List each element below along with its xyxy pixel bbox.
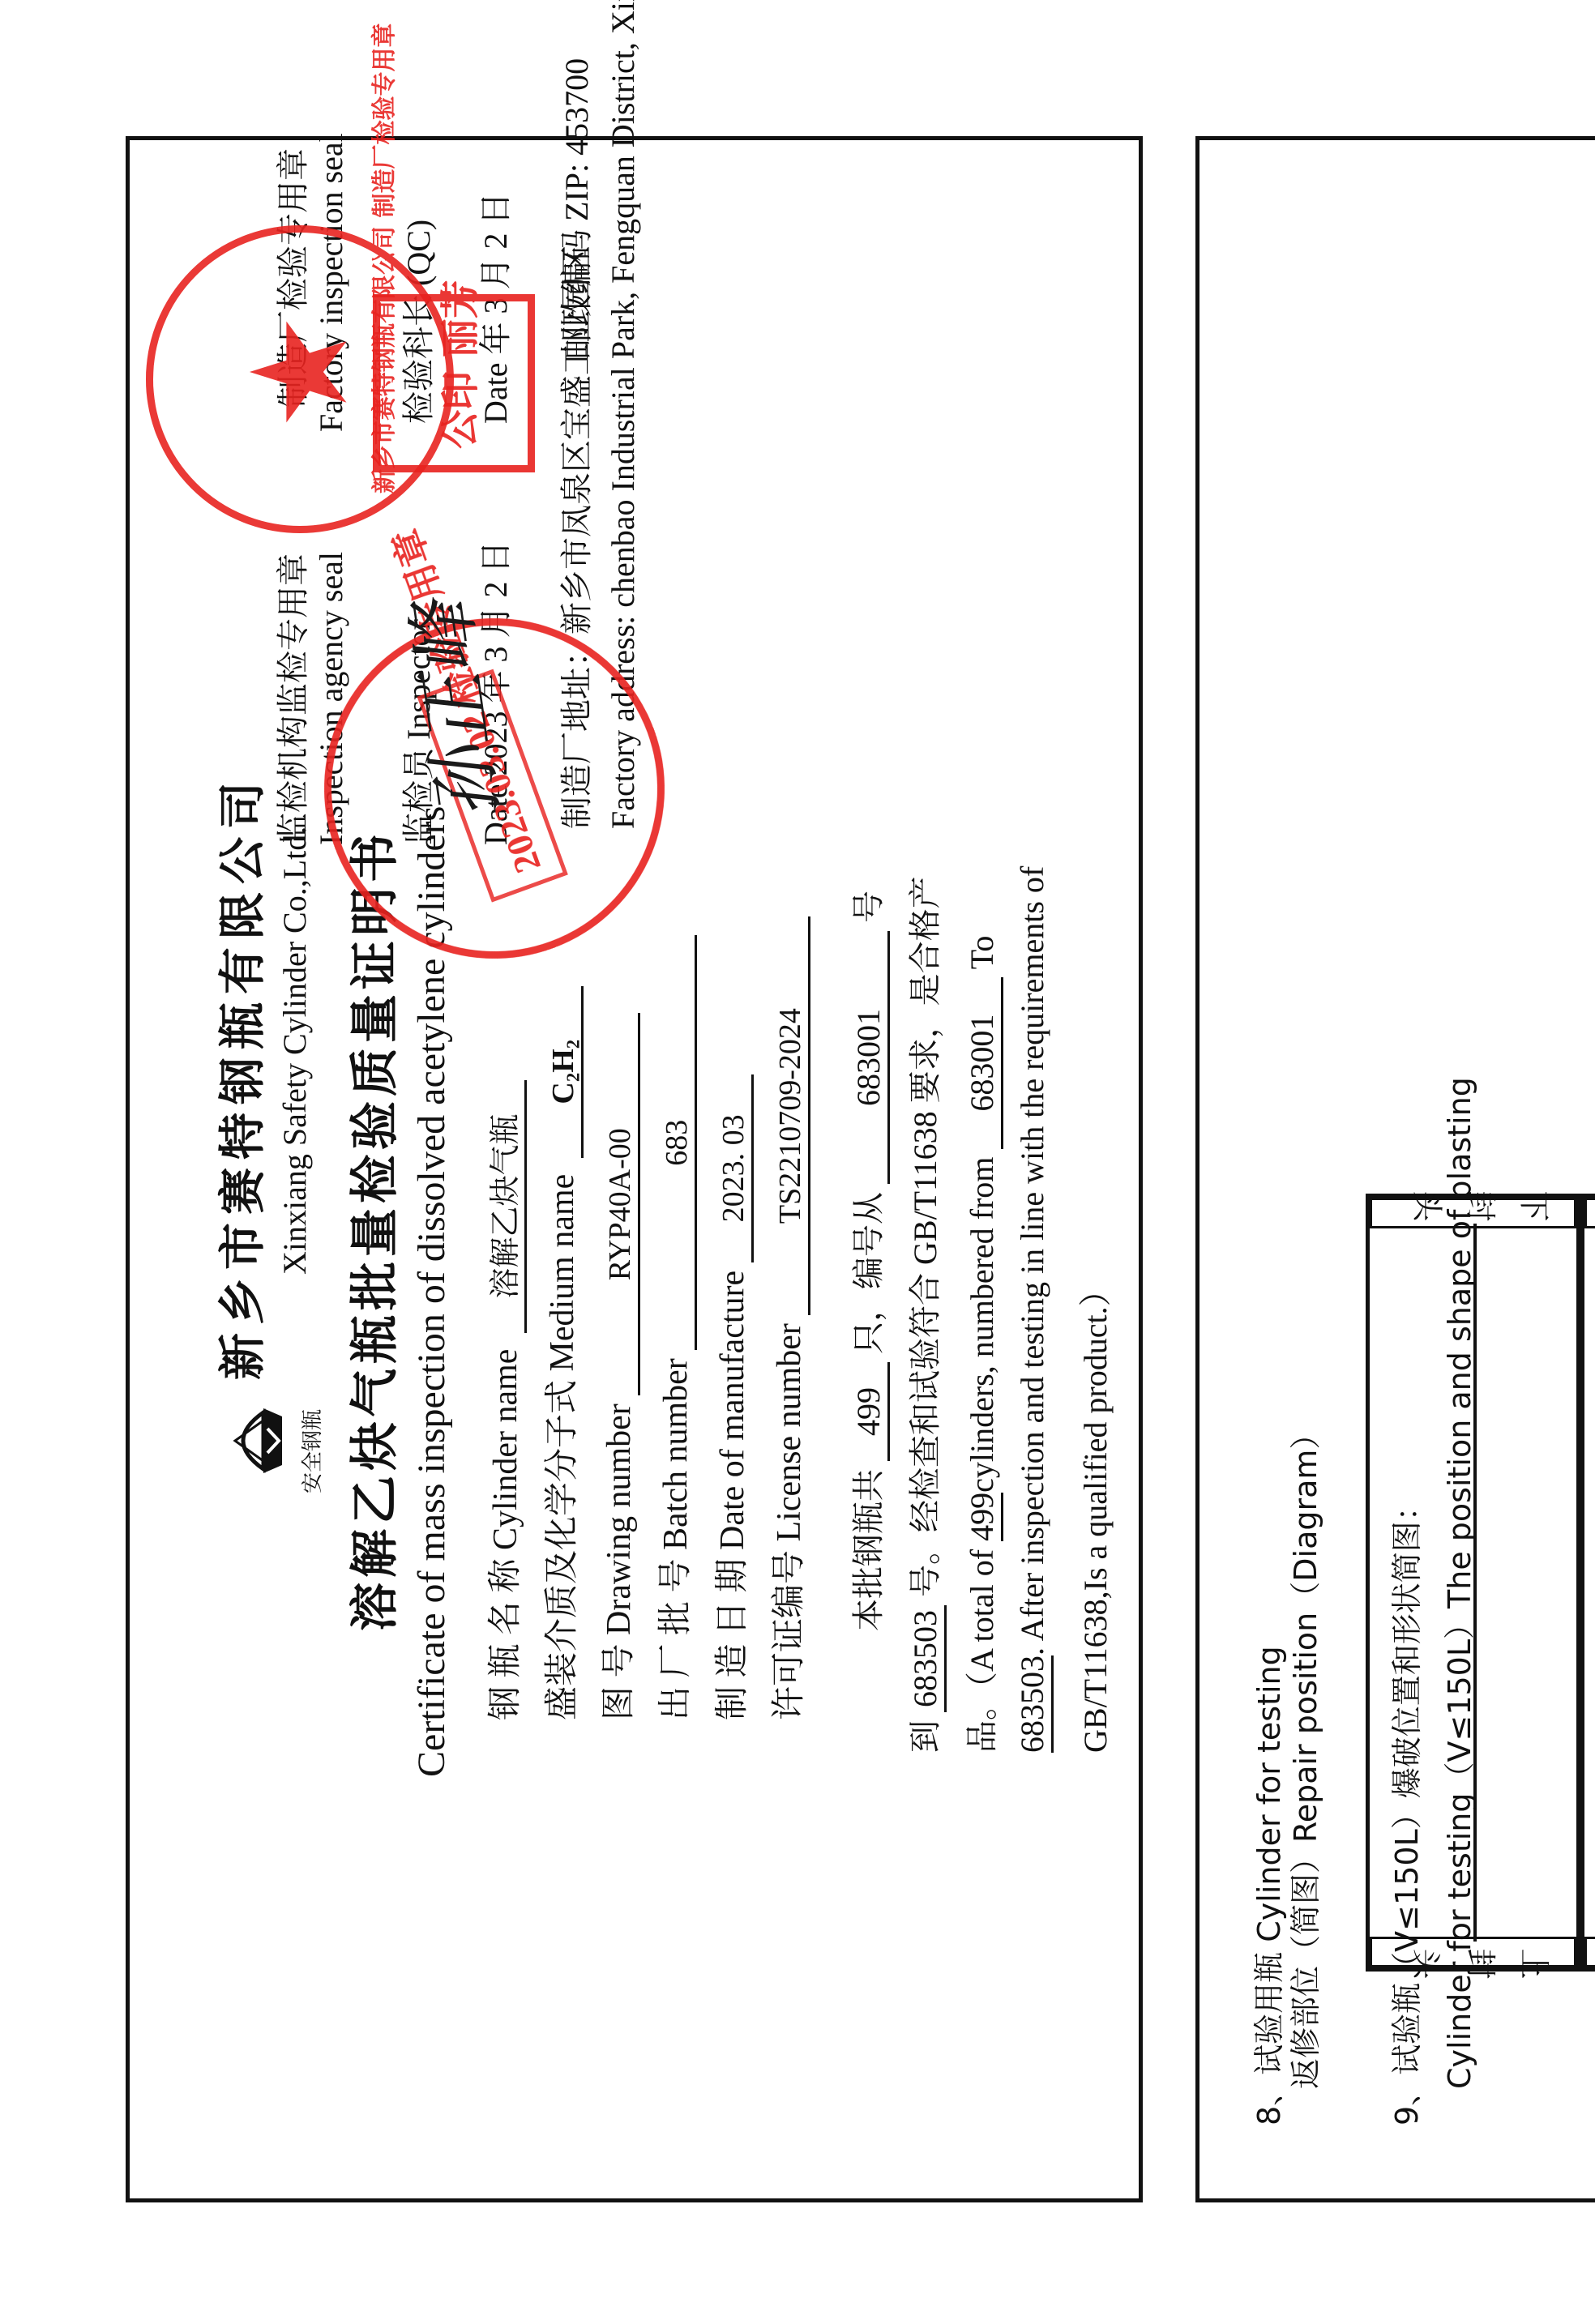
field-cylinder-name: 钢 瓶 名 称 Cylinder name 溶解乙炔气瓶: [470, 916, 527, 1720]
blast-shape-icon: [1584, 1212, 1595, 1942]
zip-code: 邮政编码 ZIP: 453700: [551, 58, 597, 359]
statement-line-1: 本批钢瓶共 499 只，编号从 683001 号: [843, 891, 890, 1631]
certificate-title-cn: 溶解乙炔气瓶批量检验质量证明书: [336, 829, 406, 1631]
field-medium-name: 盛装介质及化学分子式 Medium name C₂H₂: [527, 916, 584, 1720]
field-value: 683: [659, 935, 697, 1350]
field-value: RYP40A-00: [602, 1013, 640, 1395]
star-icon: [246, 319, 352, 425]
company-name-en: Xinxiang Safety Cylinder Co.,Ltd.: [276, 827, 314, 1275]
field-batch-number: 出 厂 批 号 Batch number 683: [640, 916, 697, 1720]
field-license-number: 许可证编号 License number TS2210709-2024: [754, 916, 810, 1720]
company-logo-icon: [219, 1404, 288, 1477]
testing-panel: 8、试验用瓶 Cylinder for testing 返修部位（简图）Repa…: [1195, 136, 1595, 2202]
item-9-label: 9、试验瓶（V≤150L）爆破位置和形状简图：: [1382, 1490, 1426, 2125]
cylinder-fields: 钢 瓶 名 称 Cylinder name 溶解乙炔气瓶 盛装介质及化学分子式 …: [470, 916, 810, 1720]
company-name-cn: 新乡市赛特钢瓶有限公司: [204, 774, 272, 1380]
item-9-sublabel: Cylinder for testing（V≤150L）The position…: [1435, 1077, 1479, 2089]
field-value: TS2210709-2024: [772, 916, 810, 1315]
field-date-of-manufacture: 制 造 日 期 Date of manufacture 2023. 03: [697, 916, 754, 1720]
certificate-page: 安全钢瓶 新乡市赛特钢瓶有限公司 Xinxiang Safety Cylinde…: [0, 0, 1595, 2324]
statement-line-3: 品。（A total of 499cylinders, numbered fro…: [956, 936, 1003, 1753]
logo-caption: 安全钢瓶: [296, 1409, 326, 1493]
serial-to: 683503: [906, 1605, 947, 1712]
field-value: C₂H₂: [545, 986, 584, 1158]
serial-from: 683001: [849, 931, 890, 1184]
blasting-position-diagram: 310 25 上封头 下封头: [1580, 1194, 1595, 1972]
qc-square-stamp: 公印 丽芳: [373, 294, 535, 472]
field-drawing-number: 图 号 Drawing number RYP40A-00: [584, 916, 640, 1720]
certificate-panel: 安全钢瓶 新乡市赛特钢瓶有限公司 Xinxiang Safety Cylinde…: [126, 136, 1143, 2202]
field-value: 2023. 03: [716, 1074, 754, 1262]
statement-line-5: GB/T11638,Is a qualified product.）: [1070, 1274, 1116, 1753]
field-value: 溶解乙炔气瓶: [480, 1080, 527, 1333]
statement-line-4: 683503. After inspection and testing in …: [1013, 866, 1054, 1753]
cylinder-count: 499: [849, 1362, 890, 1461]
item-8-sublabel: 返修部位（简图）Repair position（Diagram）: [1281, 1419, 1325, 2089]
statement-line-2: 到 683503 号。经检查和试验符合 GB/T11638 要求，是合格产: [900, 876, 947, 1753]
agency-seal-label-cn: 监检机构监检专用章: [267, 553, 314, 845]
